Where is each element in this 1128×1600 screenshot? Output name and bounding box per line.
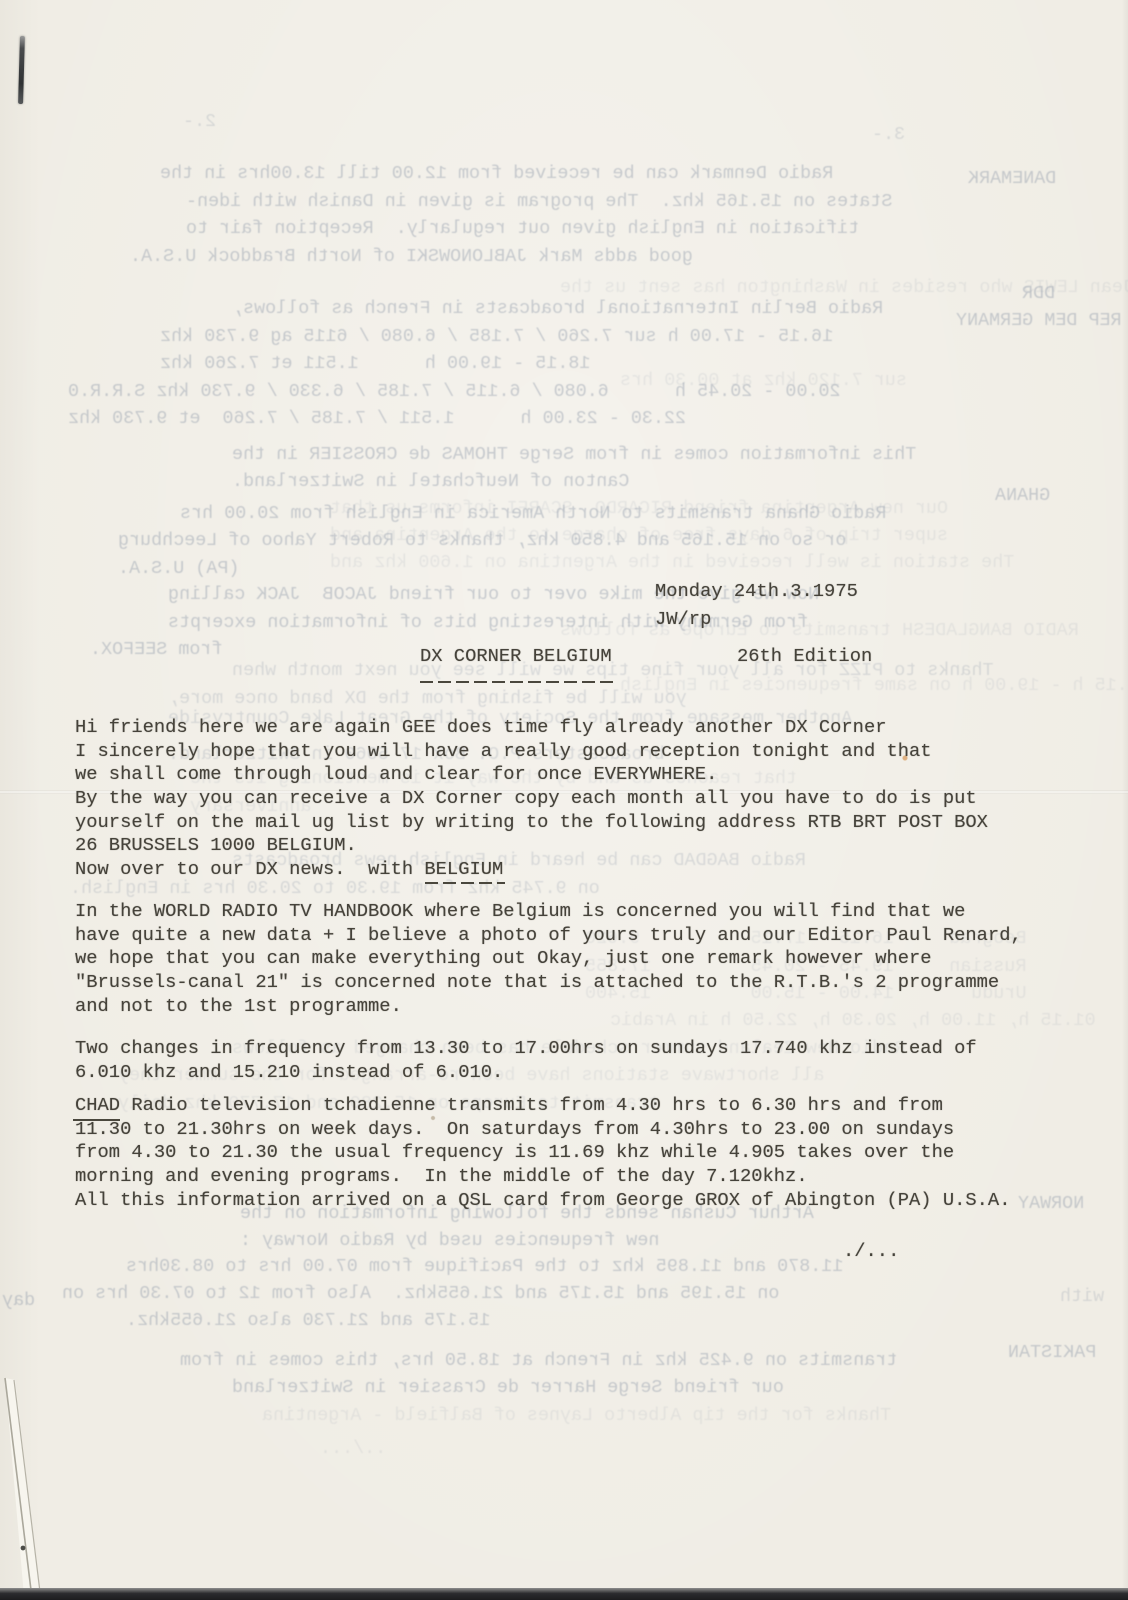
bleedthrough-line: Radio Denmark can be received from 12.00… (160, 163, 833, 185)
bleedthrough-line: Radio Berlin International broadcasts in… (232, 298, 883, 320)
bleedthrough-line: GHANA (995, 485, 1050, 507)
typewritten-line: In the WORLD RADIO TV HANDBOOK where Bel… (75, 900, 1022, 924)
bleedthrough-line: DANEMARK (968, 168, 1056, 190)
bleedthrough-line: good adds Mark JABLONOWSKI of North Brad… (130, 246, 693, 268)
page-title: DX CORNER BELGIUM (420, 645, 612, 667)
bleedthrough-line: sur 7.120 khz at 00.30 hrs (620, 370, 907, 392)
continuation-mark: ./... (843, 1240, 899, 1262)
date-line: Monday 24th.3.1975 (655, 580, 858, 602)
typewritten-line: from 4.30 to 21.30 the usual frequency i… (75, 1141, 1010, 1165)
underline-mark (73, 1119, 120, 1121)
typewritten-line: morning and evening programs. In the mid… (75, 1165, 1010, 1189)
bleedthrough-line: transmits on 9.425 khz in French at 18.5… (180, 1350, 897, 1372)
typewritten-line: we shall come through loud and clear for… (75, 763, 988, 787)
typewritten-line: 11.30 to 21.30hrs on week days. On satur… (75, 1118, 1010, 1142)
typewritten-line: and not to the 1st programme. (75, 995, 1022, 1019)
bleedthrough-line: on 15.195 and 15.175 and 21.655khz. Also… (62, 1283, 779, 1305)
bleedthrough-line: ../... (320, 1438, 386, 1460)
paragraph: CHAD Radio television tchadienne transmi… (75, 1094, 1010, 1212)
typewritten-line: "Brussels-canal 21" is concerned note th… (75, 971, 1022, 995)
typewritten-line: have quite a new data + I believe a phot… (75, 924, 1022, 948)
bleedthrough-line: tification in English given out regularl… (186, 218, 859, 240)
typewritten-line: Hi friends here we are again GEE does ti… (75, 716, 988, 740)
typewritten-line: All this information arrived on a QSL ca… (75, 1189, 1010, 1213)
scan-edge-band (0, 1588, 1128, 1600)
typewritten-line: Now over to our DX news. with BELGIUM (75, 858, 988, 882)
bleedthrough-line: 22.30 - 23.00 h 1.511 / 7.185 / 7.260 et… (68, 408, 686, 430)
bleedthrough-line: NORWAY (1018, 1193, 1084, 1215)
bleedthrough-line: Thanks to PIZZ for all your fine tips we… (232, 660, 994, 682)
bleedthrough-line: new frequencies used by Radio Norway : (240, 1230, 659, 1252)
bleedthrough-line: our friend Serge Harrer de Crassier in S… (232, 1377, 784, 1399)
typewritten-line: yourself on the mail ug list by writing … (75, 811, 988, 835)
bleedthrough-line: REP DEM GERMANY (956, 310, 1122, 332)
bleedthrough-line: 18.15 - 19.00 h 1.511 et 7.260 khz (160, 353, 590, 375)
typewritten-line: I sincerely hope that you will have a re… (75, 740, 988, 764)
bleedthrough-line: with (1060, 1286, 1104, 1308)
document-page: 2.-3.-Radio Denmark can be received from… (0, 0, 1128, 1600)
bleedthrough-line: 11.870 and 11.895 khz to the Pacifique f… (126, 1256, 843, 1278)
bleedthrough-line: States on 15.165 khz. The program is giv… (186, 191, 892, 213)
paragraph: Two changes in frequency from 13.30 to 1… (75, 1037, 977, 1084)
typewritten-line: 26 BRUSSELS 1000 BELGIUM. (75, 834, 988, 858)
paragraph: Hi friends here we are again GEE does ti… (75, 716, 988, 882)
paragraph: In the WORLD RADIO TV HANDBOOK where Bel… (75, 900, 1022, 1018)
bleedthrough-line: from SEEFOX. (90, 639, 222, 661)
bleedthrough-line: DDR (1022, 283, 1055, 305)
bleedthrough-line: you will be fishing from the DX band onc… (168, 688, 687, 710)
bleedthrough-line: Radio Ghana transmits to North America i… (180, 503, 886, 525)
bleedthrough-line: 3.- (872, 124, 905, 146)
typist-initials: JW/rp (655, 608, 711, 630)
underline-mark (425, 882, 505, 884)
folded-corner (0, 1368, 60, 1600)
bleedthrough-line: The station is well received in the Arge… (330, 552, 1014, 574)
bleedthrough-line: day (2, 1290, 35, 1312)
typewritten-line: we hope that you can make everything out… (75, 947, 1022, 971)
bleedthrough-line: This information comes in from Serge THO… (232, 444, 916, 466)
bleedthrough-line: 15.175 and 21.730 also 21.655khz. (126, 1310, 490, 1332)
bleedthrough-line: 2.- (183, 111, 216, 133)
typewritten-line: 6.010 khz and 15.210 instead of 6.010. (75, 1061, 977, 1085)
underline-mark (420, 681, 617, 683)
bleedthrough-line: PAKISTAN (1008, 1342, 1096, 1364)
edition-label: 26th Edition (737, 645, 872, 667)
bleedthrough-line: Thanks for the tip Alberto Laynes of Bal… (262, 1405, 891, 1427)
typewritten-line: By the way you can receive a DX Corner c… (75, 787, 988, 811)
bleedthrough-line: (PA) U.S.A. (118, 558, 239, 580)
bleedthrough-line: RADIO BANGLADESH transmits to Europe as … (560, 620, 1079, 642)
bleedthrough-line: Canton of Neufchatel in Switzerland. (232, 471, 629, 493)
bleedthrough-line: or so on 15.165 and 4.850 khz, thanks to… (118, 530, 846, 552)
staple-icon (18, 36, 25, 104)
bleedthrough-line: 16.15 - 17.00 h sur 7.260 / 7.185 / 6.08… (160, 326, 833, 348)
typewritten-line: CHAD Radio television tchadienne transmi… (75, 1094, 1010, 1118)
typewritten-line: Two changes in frequency from 13.30 to 1… (75, 1037, 977, 1061)
